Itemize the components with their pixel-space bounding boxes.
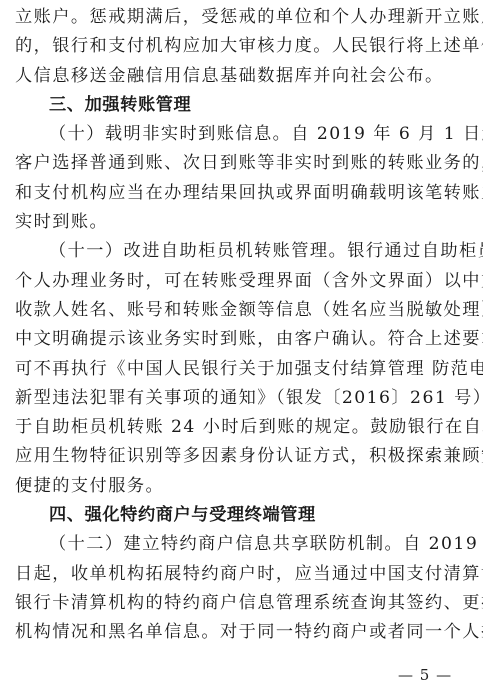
paragraph-line: 立账户。惩戒期满后，受惩戒的单位和个人办理新开立账户业务	[15, 3, 467, 32]
section-heading-4: 四、强化特约商户与受理终端管理	[15, 501, 467, 530]
paragraph-line: 银行卡清算机构的特约商户信息管理系统查询其签约、更换收单	[15, 589, 467, 618]
paragraph-line: 和支付机构应当在办理结果回执或界面明确载明该笔转账业务非	[15, 179, 467, 208]
paragraph-line: 客户选择普通到账、次日到账等非实时到账的转账业务的，银行	[15, 149, 467, 178]
section-heading-3: 三、加强转账管理	[15, 91, 467, 120]
paragraph-line: 的，银行和支付机构应加大审核力度。人民银行将上述单位和个	[15, 32, 467, 61]
paragraph-line: 机构情况和黑名单信息。对于同一特约商户或者同一个人担任法	[15, 618, 467, 647]
paragraph-line: 中文明确提示该业务实时到账，由客户确认。符合上述要求的，	[15, 325, 467, 354]
clause-11-line: （十一）改进自助柜员机转账管理。银行通过自助柜员机为	[15, 237, 467, 266]
paragraph-line: 新型违法犯罪有关事项的通知》（银发〔2016〕261 号）第八项关	[15, 384, 467, 413]
paragraph-line: 于自助柜员机转账 24 小时后到账的规定。鼓励银行在自助柜员机	[15, 413, 467, 442]
paragraph-line: 实时到账。	[15, 208, 467, 237]
paragraph-line: 人信息移送金融信用信息基础数据库并向社会公布。	[15, 62, 467, 91]
clause-10-line: （十）载明非实时到账信息。自 2019 年 6 月 1 日起，对于	[15, 120, 467, 149]
clause-12-line: （十二）建立特约商户信息共享联防机制。自 2019 年 6 月 1	[15, 530, 467, 559]
paragraph-line: 便捷的支付服务。	[15, 472, 467, 501]
document-page: 立账户。惩戒期满后，受惩戒的单位和个人办理新开立账户业务 的，银行和支付机构应加…	[15, 3, 467, 648]
paragraph-line: 可不再执行《中国人民银行关于加强支付结算管理 防范电信网络	[15, 355, 467, 384]
paragraph-line: 收款人姓名、账号和转账金额等信息（姓名应当脱敏处理），并以	[15, 296, 467, 325]
paragraph-line: 日起，收单机构拓展特约商户时，应当通过中国支付清算协会或	[15, 560, 467, 589]
paragraph-line: 应用生物特征识别等多因素身份认证方式，积极探索兼顾安全与	[15, 442, 467, 471]
paragraph-line: 个人办理业务时，可在转账受理界面（含外文界面）以中文显示	[15, 267, 467, 296]
page-number: — 5 —	[398, 666, 452, 684]
